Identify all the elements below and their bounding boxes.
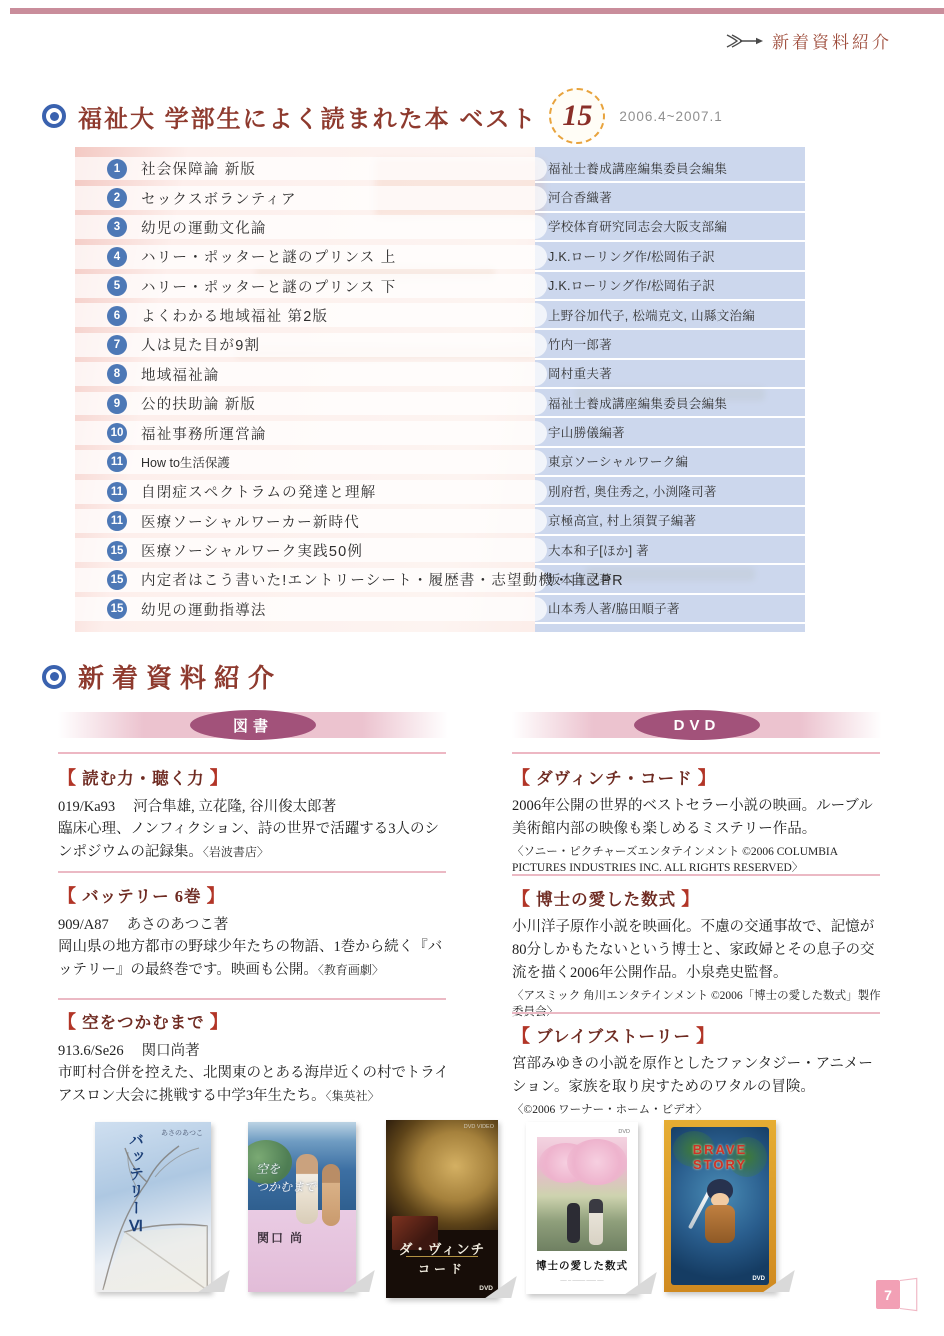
dvd-entry: 【 博士の愛した数式 】 小川洋子原作小説を映画化。不慮の交通事故で、記憶が80… (512, 885, 886, 1020)
cover-title: 空を つかむまで (256, 1160, 316, 1196)
publisher: 〈教育画劇〉 (318, 963, 384, 977)
bracket: 】 (696, 1026, 715, 1046)
author-cell: 山本秀人著/脇田順子著 (535, 595, 805, 624)
rank-badge: 7 (107, 335, 127, 355)
entry-description: 市町村合併を控えた、北関東のとある海岸近くの村でトライアスロン大会に挑戦する中学… (58, 1065, 449, 1104)
page-leaf-decoration (900, 1278, 917, 1311)
entry-title-text: バッテリー 6巻 (82, 887, 201, 906)
entry-credit: 〈©2006 ワーナー・ホーム・ビデオ〉 (512, 1102, 886, 1118)
book-title: 人は見た目が9割 (141, 334, 260, 355)
bracket: 【 (58, 886, 77, 906)
page-header: 新着資料紹介 (726, 28, 892, 53)
cover-da-vinci-code: DVD VIDEO ダ・ヴィンチ コード DVD (386, 1120, 498, 1298)
cover-title: バッテリーⅥ (125, 1132, 146, 1237)
cover-credits-decoration: ── ─ ──── ─── ── (531, 1277, 633, 1284)
books-category-bar: 図書 (58, 712, 448, 738)
book-author: 河合香織著 (548, 188, 612, 206)
table-row: 1社会保障論 新版福祉士養成講座編集委員会編集 (75, 154, 805, 183)
bestlist-panel: 1社会保障論 新版福祉士養成講座編集委員会編集 2セックスボランティア河合香織著… (75, 147, 805, 632)
table-row: 10福祉事務所運営論宇山勝儀編著 (75, 418, 805, 447)
book-title: 医療ソーシャルワーク実践50例 (141, 540, 363, 561)
page-curl-decoration (198, 1270, 229, 1292)
author-cell: 竹内一郎著 (535, 330, 805, 359)
book-title: 社会保障論 新版 (141, 158, 256, 179)
rank-badge: 9 (107, 394, 127, 414)
author-cell: 福祉士養成講座編集委員会編集 (535, 154, 805, 183)
table-row: 2セックスボランティア河合香織著 (75, 183, 805, 212)
entry-divider (58, 998, 446, 1000)
table-row: 3幼児の運動文化論学校体育研究同志会大阪支部編 (75, 213, 805, 242)
author-cell: J.K.ローリング作/松岡佑子訳 (535, 272, 805, 301)
page-curl-decoration (343, 1270, 374, 1292)
entry-description: 小川洋子原作小説を映画化。不慮の交通事故で、記憶が80分しかもたないという博士と… (512, 916, 886, 985)
publisher: 〈集英社〉 (326, 1089, 380, 1103)
arrivals-section-heading: 新着資料紹介 (42, 658, 282, 695)
cover-image: DVD VIDEO ダ・ヴィンチ コード DVD (386, 1120, 498, 1298)
bracket: 【 (512, 768, 531, 788)
table-row: 11How to生活保護東京ソーシャルワーク編 (75, 448, 805, 477)
entry-credit: 〈ソニー・ピクチャーズエンタテインメント ©2006 COLUMBIA PICT… (512, 844, 886, 876)
table-row: 7人は見た目が9割竹内一郎著 (75, 330, 805, 359)
bracket: 】 (210, 768, 229, 788)
entry-title-text: 博士の愛した数式 (536, 890, 676, 909)
page-curl-decoration (625, 1272, 656, 1294)
dvd-entry: 【 ダヴィンチ・コード 】 2006年公開の世界的ベストセラー小説の映画。ルーブ… (512, 764, 886, 876)
page-number: 7 (876, 1280, 900, 1309)
table-row: 9公的扶助論 新版福祉士養成講座編集委員会編集 (75, 389, 805, 418)
author-cell: 河合香織著 (535, 183, 805, 212)
book-entry: 【 空をつかむまで 】 913.6/Se26関口尚著 市町村合併を控えた、北関東… (58, 1008, 450, 1108)
dvd-category-label: DVD (634, 710, 760, 740)
book-title: 自閉症スペクトラムの発達と理解 (141, 481, 376, 502)
entry-author: 関口尚著 (142, 1043, 200, 1059)
entry-divider (58, 871, 446, 873)
arrivals-title: 新着資料紹介 (78, 658, 282, 695)
table-row: 11自閉症スペクトラムの発達と理解別府哲, 奥住秀之, 小渕隆司著 (75, 477, 805, 506)
cover-title: 博士の愛した数式 (531, 1258, 633, 1273)
book-author: 竹内一郎著 (548, 335, 612, 353)
rank-badge: 4 (107, 247, 127, 267)
table-row: 15内定者はこう書いた!エントリーシート・履歴書・志望動機・自己PR坂本直文著 (75, 565, 805, 594)
call-number: 909/A87 (58, 917, 109, 933)
bracket: 【 (58, 768, 77, 788)
cover-title-line2: STORY (693, 1157, 747, 1172)
page-header-label: 新着資料紹介 (772, 28, 892, 53)
book-author: 福祉士養成講座編集委員会編集 (548, 394, 727, 412)
gold-rule-decoration (406, 1256, 478, 1257)
author-cell: 宇山勝儀編著 (535, 418, 805, 447)
book-author: 山本秀人著/脇田順子著 (548, 599, 680, 617)
rank-badge: 15 (107, 570, 127, 590)
rank-badge: 11 (107, 482, 127, 502)
author-cell: 岡村重夫著 (535, 360, 805, 389)
book-title: 地域福祉論 (141, 364, 220, 385)
author-cell: 坂本直文著 (535, 565, 805, 594)
bracket: 】 (698, 768, 717, 788)
bracket: 【 (512, 889, 531, 909)
dvd-entry: 【 ブレイブストーリー 】 宮部みゆきの小説を原作としたファンタジー・アニメーシ… (512, 1022, 886, 1118)
fletched-arrow-icon (726, 33, 764, 49)
bracket: 【 (512, 1026, 531, 1046)
table-row: 8地域福祉論岡村重夫著 (75, 360, 805, 389)
mona-lisa-decoration (386, 1120, 498, 1230)
table-row: 15医療ソーシャルワーク実践50例大本和子[ほか] 著 (75, 536, 805, 565)
book-author: 福祉士養成講座編集委員会編集 (548, 159, 727, 177)
entry-title-text: 空をつかむまで (82, 1013, 205, 1032)
publisher: 〈岩波書店〉 (203, 845, 269, 859)
dvd-column-rule (512, 752, 880, 754)
table-row: 4ハリー・ポッターと謎のプリンス 上J.K.ローリング作/松岡佑子訳 (75, 242, 805, 271)
entry-title-text: 読む力・聴く力 (82, 769, 205, 788)
cover-image: バッテリーⅥ あさのあつこ (95, 1122, 211, 1292)
character-decoration (705, 1205, 735, 1243)
book-entry: 【 読む力・聴く力 】 019/Ka93河合隼雄, 立花隆, 谷川俊太郎著 臨床… (58, 764, 450, 864)
book-author: J.K.ローリング作/松岡佑子訳 (548, 276, 715, 294)
bracket: 】 (207, 886, 226, 906)
author-cell: J.K.ローリング作/松岡佑子訳 (535, 242, 805, 271)
figure-decoration (589, 1199, 603, 1245)
book-title: 幼児の運動文化論 (141, 217, 267, 238)
entry-description: 宮部みゆきの小説を原作としたファンタジー・アニメーション。家族を取り戻すためのワ… (512, 1053, 886, 1099)
entry-description: 2006年公開の世界的ベストセラー小説の映画。ルーブル美術館内部の映像も楽しめる… (512, 795, 886, 841)
entry-description: 岡山県の地方都市の野球少年たちの物語、1巻から続く『バッテリー』の最終巻です。映… (58, 939, 442, 978)
book-author: 岡村重夫著 (548, 364, 612, 382)
author-cell: 福祉士養成講座編集委員会編集 (535, 389, 805, 418)
book-title: 医療ソーシャルワーカー新時代 (141, 511, 360, 532)
cover-title: BRAVESTORY (671, 1143, 769, 1173)
book-author: 京極高宣, 村上須賀子編著 (548, 511, 696, 529)
blossom-decoration (567, 1139, 627, 1185)
cover-sora-wo-tsukamu-made: 空を つかむまで 関口 尚 (248, 1122, 356, 1292)
author-cell: 学校体育研究同志会大阪支部編 (535, 213, 805, 242)
book-author: J.K.ローリング作/松岡佑子訳 (548, 247, 715, 265)
table-row: 15幼児の運動指導法山本秀人著/脇田順子著 (75, 595, 805, 624)
book-title: ハリー・ポッターと謎のプリンス 上 (141, 246, 396, 267)
book-title: よくわかる地域福祉 第2版 (141, 305, 328, 326)
cover-title-line1: ダ・ヴィンチ (386, 1238, 498, 1258)
rank-badge: 15 (107, 541, 127, 561)
book-title: 公的扶助論 新版 (141, 393, 256, 414)
bestlist-title-row: 福祉大 学部生によく読まれた本 ベスト 15 2006.4~2007.1 (42, 88, 723, 144)
entry-title-text: ダヴィンチ・コード (536, 769, 693, 788)
author-cell: 大本和子[ほか] 著 (535, 536, 805, 565)
book-author: 宇山勝儀編著 (548, 423, 625, 441)
entry-author: 河合隼雄, 立花隆, 谷川俊太郎著 (133, 799, 336, 815)
dvd-category-bar: DVD (512, 712, 882, 738)
book-author: 学校体育研究同志会大阪支部編 (548, 217, 727, 235)
rank-badge: 1 (107, 159, 127, 179)
cover-art-decoration: BRAVESTORY DVD (671, 1127, 769, 1285)
figure-decoration (567, 1203, 580, 1243)
cover-title-line1: BRAVE (693, 1142, 748, 1157)
book-title: How to生活保護 (141, 453, 230, 471)
rank-badge: 2 (107, 188, 127, 208)
author-cell: 上野谷加代子, 松端克文, 山縣文治編 (535, 301, 805, 330)
author-cell: 別府哲, 奥住秀之, 小渕隆司著 (535, 477, 805, 506)
table-row: 6よくわかる地域福祉 第2版上野谷加代子, 松端克文, 山縣文治編 (75, 301, 805, 330)
bestlist-period: 2006.4~2007.1 (619, 109, 722, 124)
entry-credit: 〈アスミック 角川エンタテインメント ©2006「博士の愛した数式」製作委員会〉 (512, 988, 886, 1020)
cover-author: あさのあつこ (161, 1128, 203, 1138)
entry-divider (512, 1012, 880, 1014)
book-entry: 【 バッテリー 6巻 】 909/A87あさのあつこ著 岡山県の地方都市の野球少… (58, 882, 450, 982)
page-number-badge: 7 (876, 1280, 917, 1309)
cover-image: 空を つかむまで 関口 尚 (248, 1122, 356, 1292)
cover-author: 関口 尚 (257, 1229, 304, 1246)
call-number: 019/Ka93 (58, 799, 115, 815)
book-author: 別府哲, 奥住秀之, 小渕隆司著 (548, 482, 717, 500)
book-author: 東京ソーシャルワーク編 (548, 452, 688, 470)
figure-decoration (322, 1164, 340, 1226)
cover-hakase-no-aishita-susiki: DVD 博士の愛した数式 ── ─ ──── ─── ── (526, 1122, 638, 1294)
books-column-rule (58, 752, 446, 754)
author-cell: 京極高宣, 村上須賀子編著 (535, 507, 805, 536)
bracket: 】 (681, 889, 700, 909)
entry-divider (512, 874, 880, 876)
book-title: ハリー・ポッターと謎のプリンス 下 (141, 276, 396, 297)
rank-badge: 10 (107, 423, 127, 443)
book-author: 上野谷加代子, 松端克文, 山縣文治編 (548, 306, 755, 324)
book-title: 幼児の運動指導法 (141, 599, 267, 620)
cover-title-line2: コード (386, 1260, 498, 1277)
dvd-logo: DVD VIDEO (464, 1124, 494, 1130)
bracket: 【 (58, 1012, 77, 1032)
cover-image: DVD 博士の愛した数式 ── ─ ──── ─── ── (526, 1122, 638, 1294)
bullet-circle-icon (42, 104, 66, 128)
entry-title-text: ブレイブストーリー (536, 1027, 691, 1046)
top-rule-bar (10, 8, 944, 14)
bracket: 】 (210, 1012, 229, 1032)
page-curl-decoration (763, 1270, 794, 1292)
book-author: 大本和子[ほか] 著 (548, 541, 649, 559)
table-row: 5ハリー・ポッターと謎のプリンス 下J.K.ローリング作/松岡佑子訳 (75, 272, 805, 301)
entry-author: あさのあつこ著 (127, 917, 229, 933)
book-author: 坂本直文著 (548, 570, 612, 588)
book-title: 福祉事務所運営論 (141, 423, 267, 444)
author-cell: 東京ソーシャルワーク編 (535, 448, 805, 477)
bullet-circle-icon (42, 665, 66, 689)
table-row: 11医療ソーシャルワーカー新時代京極高宣, 村上須賀子編著 (75, 507, 805, 536)
page-curl-decoration (485, 1276, 516, 1298)
tree-sketch-decoration (95, 1122, 211, 1292)
best15-badge: 15 (549, 88, 605, 144)
dvd-logo: DVD (618, 1129, 630, 1135)
call-number: 913.6/Se26 (58, 1043, 124, 1059)
cover-image: BRAVESTORY DVD (664, 1120, 776, 1292)
bestlist-title: 福祉大 学部生によく読まれた本 ベスト (78, 99, 537, 134)
cover-battery-vi: バッテリーⅥ あさのあつこ (95, 1122, 211, 1292)
dvd-logo: DVD (752, 1276, 765, 1282)
book-title: セックスボランティア (141, 188, 297, 209)
books-category-label: 図書 (190, 710, 316, 740)
rank-badge: 6 (107, 306, 127, 326)
blossom-photo-decoration (537, 1137, 627, 1251)
cover-brave-story: BRAVESTORY DVD (664, 1120, 776, 1292)
